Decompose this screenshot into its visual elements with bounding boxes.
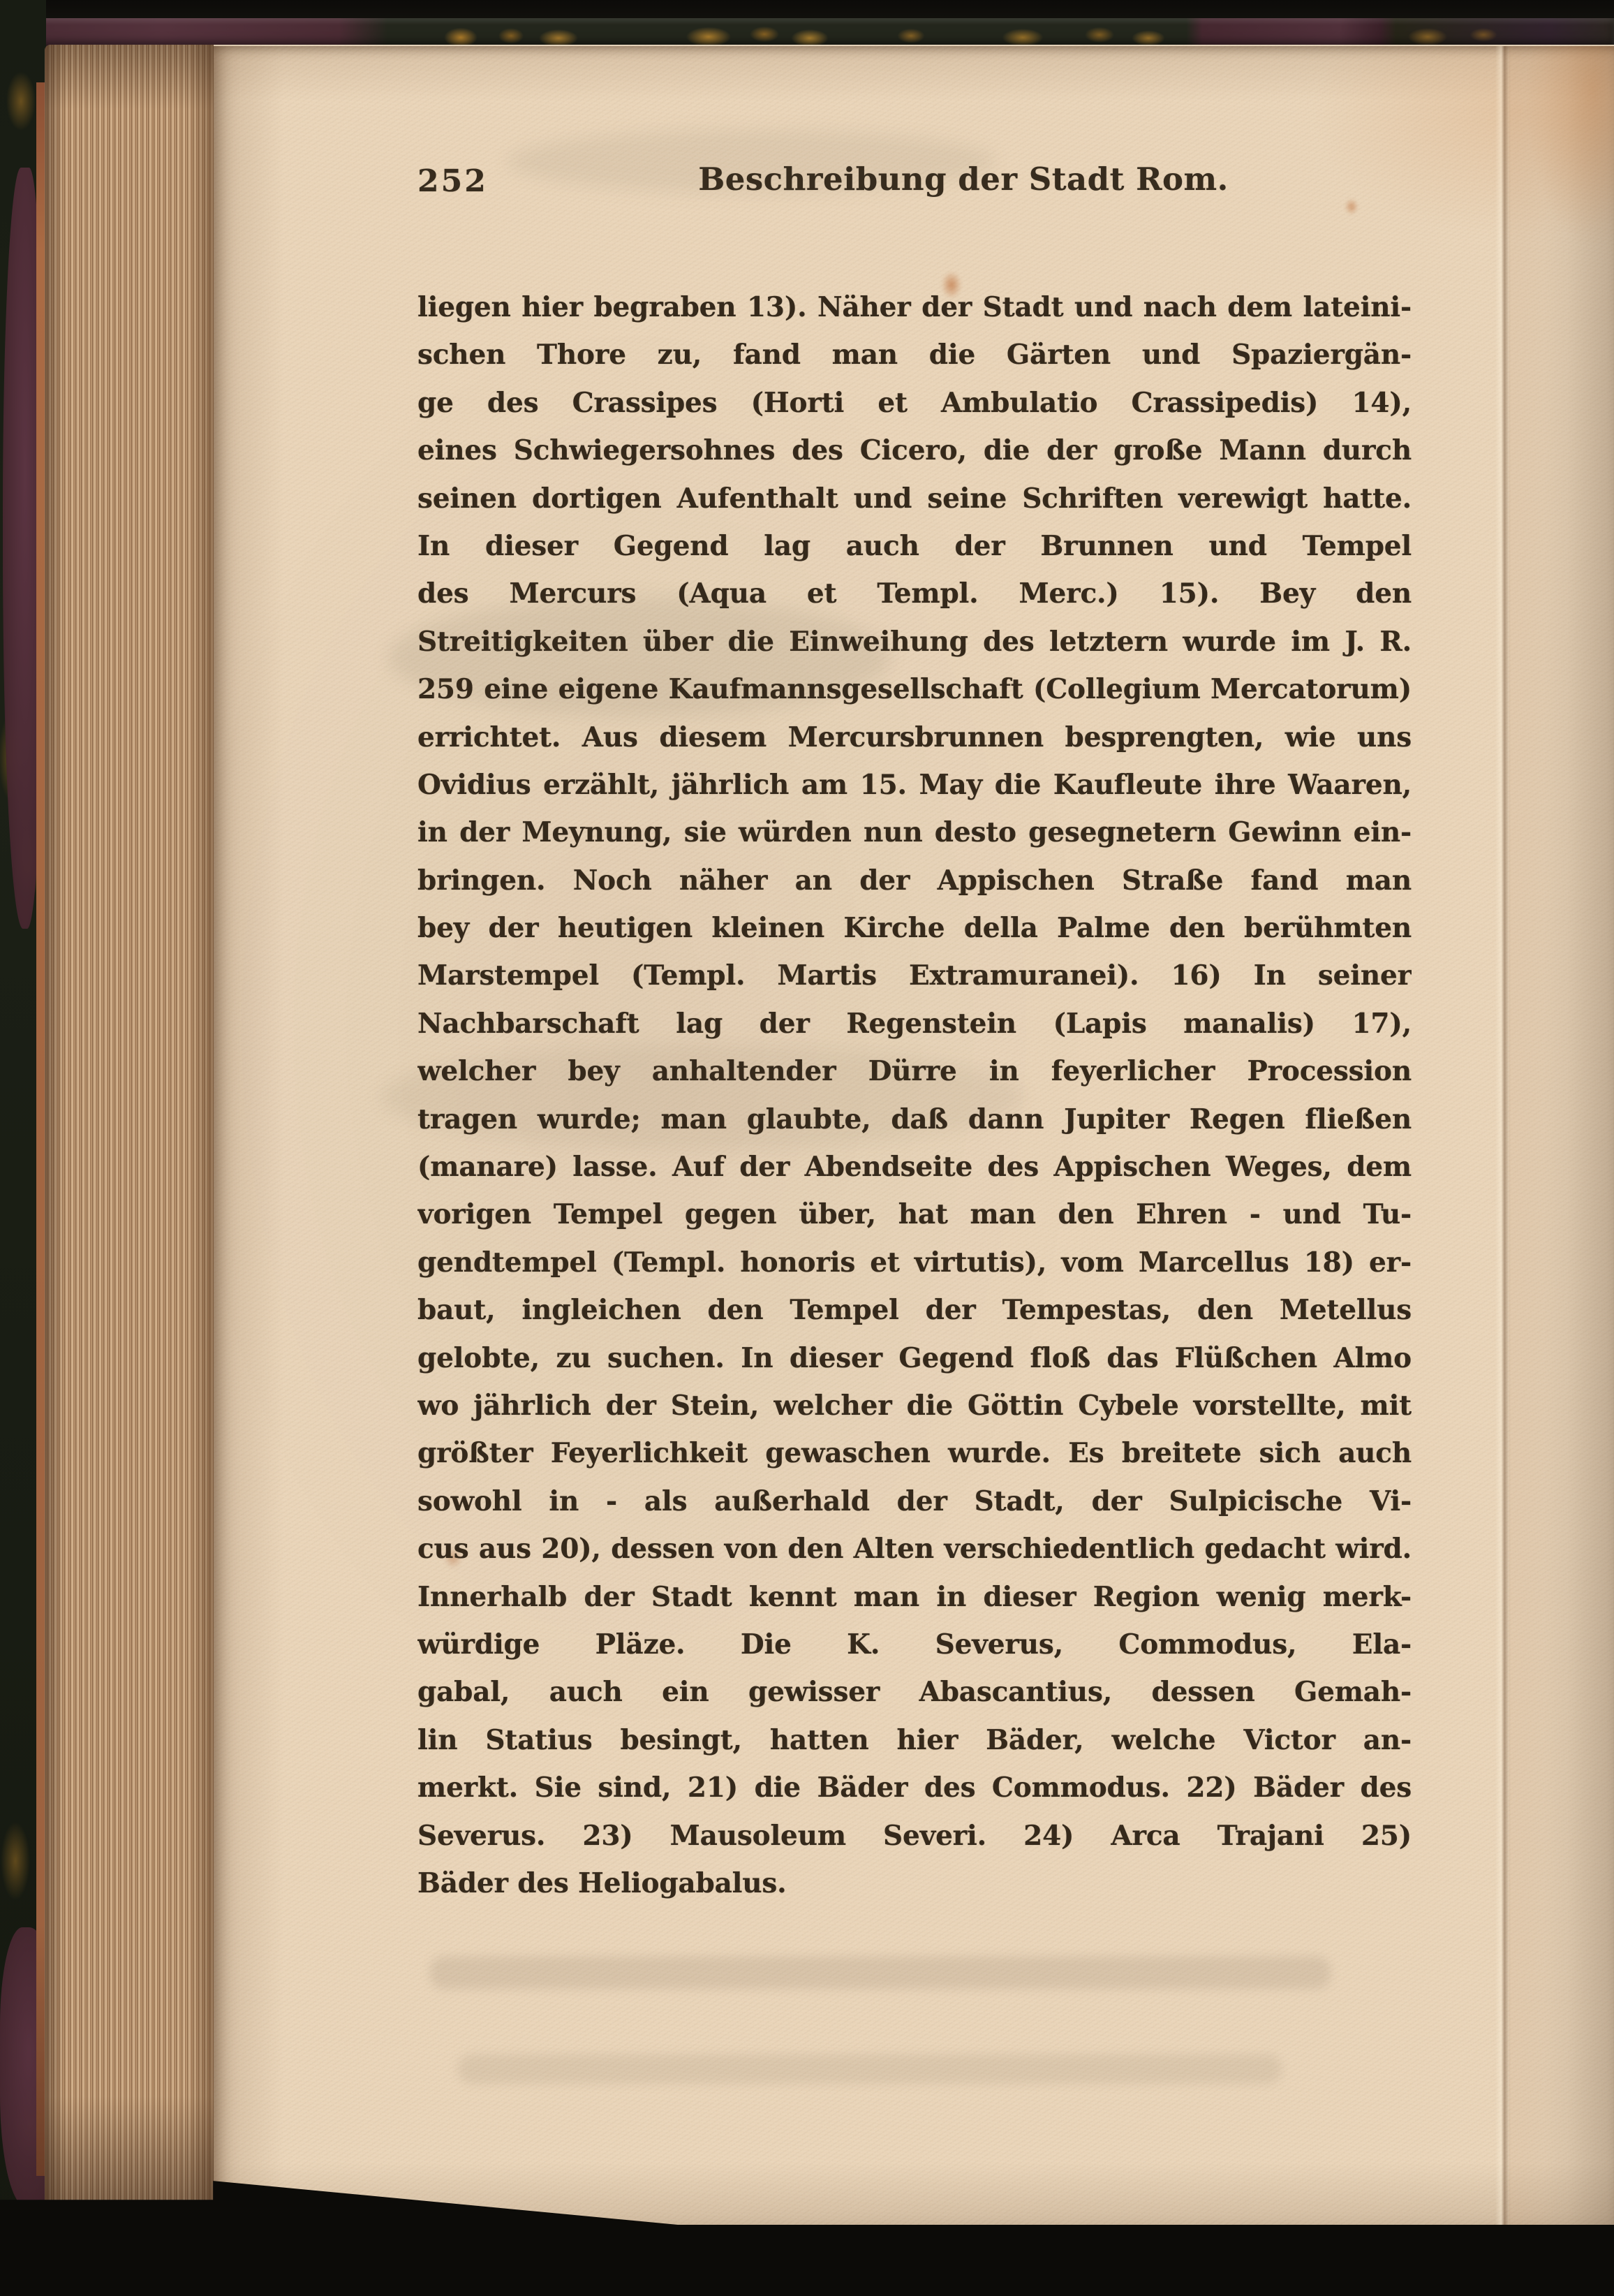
page-header: 252 Beschreibung der Stadt Rom. [417, 158, 1412, 207]
text-line: eines Schwiegersohnes des Cicero, die de… [417, 427, 1412, 474]
text-line: liegen hier begraben 13). Näher der Stad… [417, 284, 1412, 331]
text-line: des Mercurs (Aqua et Templ. Merc.) 15). … [417, 570, 1412, 617]
text-line: errichtet. Aus diesem Mercursbrunnen bes… [417, 714, 1412, 761]
ink-bleed-ghost [430, 1957, 1331, 1989]
text-line: welcher bey anhaltender Dürre in feyerli… [417, 1047, 1412, 1095]
text-block: liegen hier begraben 13). Näher der Stad… [417, 284, 1412, 1907]
text-line: bringen. Noch näher an der Appischen Str… [417, 857, 1412, 904]
book-page: 252 Beschreibung der Stadt Rom. liegen h… [214, 45, 1614, 2228]
text-line: In dieser Gegend lag auch der Brunnen un… [417, 522, 1412, 570]
text-line: Innerhalb der Stadt kennt man in dieser … [417, 1573, 1412, 1621]
text-line: schen Thore zu, fand man die Gärten und … [417, 331, 1412, 378]
ink-bleed-ghost [458, 2054, 1282, 2084]
text-line: gendtempel (Templ. honoris et virtutis),… [417, 1239, 1412, 1286]
text-line: wo jährlich der Stein, welcher die Götti… [417, 1382, 1412, 1429]
text-line: größter Feyerlichkeit gewaschen wurde. E… [417, 1429, 1412, 1477]
page-fore-edge [45, 45, 215, 2204]
text-line: ge des Crassipes (Horti et Ambulatio Cra… [417, 379, 1412, 427]
text-line: baut, ingleichen den Tempel der Tempesta… [417, 1286, 1412, 1334]
text-line: Marstempel (Templ. Martis Extramuranei).… [417, 952, 1412, 999]
running-title: Beschreibung der Stadt Rom. [515, 161, 1412, 198]
page-gutter-shading [1509, 46, 1614, 2228]
page-gutter-crease [1495, 46, 1511, 2228]
text-line: (manare) lasse. Auf der Abendseite des A… [417, 1143, 1412, 1191]
text-line: bey der heutigen kleinen Kirche della Pa… [417, 904, 1412, 952]
text-line: vorigen Tempel gegen über, hat man den E… [417, 1191, 1412, 1238]
text-line: tragen wurde; man glaubte, daß dann Jupi… [417, 1096, 1412, 1143]
text-line: gabal, auch ein gewisser Abascantius, de… [417, 1668, 1412, 1716]
text-line: gelobte, zu suchen. In dieser Gegend flo… [417, 1334, 1412, 1382]
text-line: würdige Pläze. Die K. Severus, Commodus,… [417, 1621, 1412, 1668]
text-line: cus aus 20), dessen von den Alten versch… [417, 1525, 1412, 1573]
text-line: Ovidius erzählt, jährlich am 15. May die… [417, 761, 1412, 809]
text-line: 259 eine eigene Kaufmannsgesellschaft (C… [417, 665, 1412, 713]
text-line: Streitigkeiten über die Einweihung des l… [417, 618, 1412, 665]
text-line: Severus. 23) Mausoleum Severi. 24) Arca … [417, 1812, 1412, 1860]
text-line: Nachbarschaft lag der Regenstein (Lapis … [417, 1000, 1412, 1047]
page-number: 252 [417, 163, 488, 199]
text-line: lin Statius besingt, hatten hier Bäder, … [417, 1716, 1412, 1764]
text-line: seinen dortigen Aufenthalt und seine Sch… [417, 475, 1412, 522]
text-line: Bäder des Heliogabalus. [417, 1860, 1412, 1907]
text-line: sowohl in - als außerhald der Stadt, der… [417, 1478, 1412, 1525]
text-line: merkt. Sie sind, 21) die Bäder des Commo… [417, 1764, 1412, 1811]
text-line: in der Meynung, sie würden nun desto ges… [417, 809, 1412, 856]
book-scan: 252 Beschreibung der Stadt Rom. liegen h… [0, 0, 1614, 2296]
